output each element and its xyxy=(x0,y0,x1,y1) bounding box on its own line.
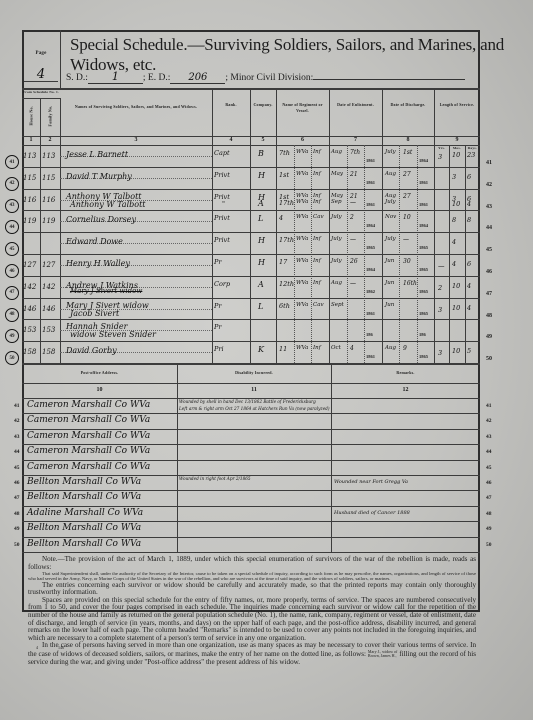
regiment-number: 4 xyxy=(279,214,283,222)
line-number-right: 42 xyxy=(486,182,492,188)
lower-column-header-12: Remarks. xyxy=(331,370,480,375)
note-paragraph-2: The entries concerning each survivor or … xyxy=(28,582,476,597)
discharge-day: 27 xyxy=(403,171,411,178)
post-office-address: Bellton Marshall Co WVa xyxy=(27,477,141,487)
discharge-year: 1861 xyxy=(419,202,428,207)
lower-row-rule xyxy=(22,521,480,522)
discharge-day: 9 xyxy=(403,345,407,352)
line-number-right: 41 xyxy=(486,403,492,409)
column-header-5: Company. xyxy=(252,102,274,108)
house-number: 119 xyxy=(23,217,36,225)
soldier-name: Edward Dowe xyxy=(66,237,123,246)
regiment-state: WVa xyxy=(296,345,308,351)
column-header-8: Date of Discharge. xyxy=(384,102,432,108)
post-office-address: Cameron Marshall Co WVa xyxy=(27,446,150,456)
post-office-address: Bellton Marshall Co WVa xyxy=(27,523,141,533)
service-months: 8 xyxy=(452,216,456,224)
from-schedule-label: From Schedule No. 1. xyxy=(22,90,60,94)
lower-row-rule xyxy=(22,413,480,414)
column-header-7: Date of Enlistment. xyxy=(331,102,380,108)
lower-row-rule xyxy=(22,475,480,476)
rank: Pr xyxy=(214,302,221,310)
lower-row-rule xyxy=(22,490,480,491)
enlistment-month: Sept xyxy=(331,302,344,308)
enlistment-month: Aug xyxy=(331,280,342,286)
discharge-year: 1865 xyxy=(419,354,428,359)
soldier-name: Cornelius Dorsey xyxy=(66,215,136,224)
enlistment-year: 1861 xyxy=(366,158,375,163)
header-rule xyxy=(22,88,480,90)
column-number-8: 8 xyxy=(382,137,434,143)
lower-row-rule xyxy=(22,444,480,445)
line-number-right: 46 xyxy=(486,480,492,486)
family-number: 116 xyxy=(42,196,55,204)
lower-row-rule xyxy=(22,460,480,461)
regiment-state: WVa xyxy=(296,214,308,220)
column-number-5: 5 xyxy=(250,137,276,143)
column-number-7: 7 xyxy=(329,137,382,143)
discharge-year: 1865 xyxy=(419,245,428,250)
regiment-number: 17 xyxy=(279,258,287,266)
discharge-year: 1864 xyxy=(419,223,428,228)
enlistment-day-second: — xyxy=(350,199,356,206)
post-office-address: Cameron Marshall Co WVa xyxy=(27,462,150,472)
enlistment-day: 26 xyxy=(350,258,358,265)
enlistment-year: 1861 xyxy=(366,311,375,316)
line-number-left: 48 xyxy=(14,511,20,517)
margin-circle-45: 45 xyxy=(5,242,19,256)
regiment-number: 12th xyxy=(279,280,294,288)
family-number: 146 xyxy=(42,305,55,313)
lower-row-rule xyxy=(22,537,480,538)
enlistment-year: 186 xyxy=(366,332,373,337)
regiment-state: WVa xyxy=(296,302,308,308)
line-number-right: 50 xyxy=(486,542,492,548)
company: L xyxy=(258,214,263,223)
enlistment-month: May xyxy=(331,171,343,177)
regiment-type: Inf xyxy=(313,280,321,286)
lower-column-header-11: Disability Incurred. xyxy=(177,370,331,375)
number-row-rule xyxy=(22,145,480,146)
margin-circle-48: 48 xyxy=(5,308,19,322)
column-number-4: 4 xyxy=(212,137,250,143)
enlistment-year: 1861 xyxy=(366,354,375,359)
service-years: 3 xyxy=(438,349,442,357)
service-months: 10 xyxy=(452,304,460,312)
discharge-month: Nov xyxy=(385,214,396,220)
column-header-2: Family No. xyxy=(48,107,53,127)
remarks: Wounded near Fort Gregg Va xyxy=(334,479,408,485)
sd-label: S. D.: xyxy=(66,73,88,83)
rank: Privt xyxy=(214,214,230,222)
page-title: Special Schedule.—Surviving Soldiers, Sa… xyxy=(70,35,533,75)
line-number-right: 44 xyxy=(486,225,492,231)
enlistment-year: 1862 xyxy=(366,289,375,294)
soldier-name: David T Murphy xyxy=(66,172,132,181)
discharge-year: 1865 xyxy=(419,267,428,272)
post-office-address: Bellton Marshall Co WVa xyxy=(27,492,141,502)
service-days: 23 xyxy=(467,151,475,159)
rank: Corp xyxy=(214,280,230,288)
post-office-address: Cameron Marshall Co WVa xyxy=(27,400,150,410)
enlistment-day: 2 xyxy=(350,214,354,221)
lower-row-rule xyxy=(22,429,480,430)
regiment-number: 6th xyxy=(279,302,290,310)
line-number-right: 50 xyxy=(486,356,492,362)
rank: Pr xyxy=(214,323,221,331)
row-rule xyxy=(22,232,480,233)
lower-header-rule xyxy=(22,383,480,384)
margin-circle-42: 42 xyxy=(5,177,19,191)
row-rule xyxy=(22,254,480,255)
column-header-6: Name of Regiment or Vessel. xyxy=(278,102,327,114)
row-rule xyxy=(22,341,480,342)
enlistment-year: 1864 xyxy=(366,223,375,228)
rank: Pri xyxy=(214,345,224,353)
service-months: 3 xyxy=(452,173,456,181)
regiment-state: WVa xyxy=(296,258,308,264)
note-paragraph-3: Spaces are provided on this special sche… xyxy=(28,597,476,643)
service-months: 4 xyxy=(452,238,456,246)
enlistment-month: July xyxy=(331,236,342,242)
column-divider xyxy=(250,88,251,363)
regiment-type: Cav xyxy=(313,214,324,220)
company: K xyxy=(258,345,264,354)
note-paragraph-4: In the case of persons having served in … xyxy=(28,642,476,666)
line-number-left: 46 xyxy=(14,480,20,486)
enlistment-month: Oct xyxy=(331,345,341,351)
page-label: Page xyxy=(22,51,60,56)
enlistment-month: July xyxy=(331,214,342,220)
regiment-number-second: 17th xyxy=(279,199,294,207)
line-number-left: 50 xyxy=(14,542,20,548)
disability: Wounded by shell in hand Dec 13/1862 Bat… xyxy=(179,399,316,404)
sd-value: 1 xyxy=(88,70,143,84)
regiment-state: WVa xyxy=(296,149,308,155)
margin-circle-49: 49 xyxy=(5,329,19,343)
company: H xyxy=(258,258,265,267)
regiment-state-second: WVa xyxy=(296,199,308,205)
discharge-day: 27 xyxy=(403,193,411,200)
service-years: 3 xyxy=(438,153,442,161)
column-number-2: 2 xyxy=(40,137,60,143)
soldier-name: David Gorby xyxy=(66,346,117,355)
mcd-label: ; Minor Civil Division: xyxy=(225,73,313,83)
row-rule xyxy=(22,189,480,190)
service-months: 10 xyxy=(452,282,460,290)
enlistment-month: Aug xyxy=(331,149,342,155)
line-number-left: 47 xyxy=(14,495,20,501)
column-header-4: Rank. xyxy=(214,102,248,108)
line-number-right: 44 xyxy=(486,449,492,455)
house-number: 113 xyxy=(23,152,36,160)
discharge-day: 10 xyxy=(403,214,411,221)
page-number: 4 xyxy=(22,67,60,82)
soldier-name: Henry H Walley xyxy=(66,259,130,268)
discharge-day: 1st xyxy=(403,149,412,156)
line-number-right: 48 xyxy=(486,511,492,517)
column-divider xyxy=(212,88,213,363)
widow-example-line-2: Brown, James H., xyxy=(368,653,397,658)
house-number: 115 xyxy=(23,174,36,182)
footer-mark-right: 146 xyxy=(58,645,64,650)
column-header-1: House No. xyxy=(29,108,34,126)
column-header-9: Length of Service. xyxy=(436,102,478,108)
margin-circle-41: 41 xyxy=(5,155,19,169)
enlistment-day: — xyxy=(350,236,356,243)
line-number-left: 41 xyxy=(14,403,20,409)
row-rule xyxy=(22,298,480,299)
page-box-divider xyxy=(60,30,61,88)
service-days: 5 xyxy=(467,347,471,355)
company: L xyxy=(258,302,263,311)
lower-column-number-11: 11 xyxy=(177,387,331,393)
regiment-type: Cav xyxy=(313,302,324,308)
discharge-month: Aug xyxy=(385,345,396,351)
row-rule xyxy=(22,276,480,277)
regiment-state: WVa xyxy=(296,171,308,177)
lower-row-rule xyxy=(22,552,480,553)
service-days: 8 xyxy=(467,216,471,224)
regiment-type-second: Inf xyxy=(313,199,321,205)
family-number: 153 xyxy=(42,326,55,334)
census-page: Page 4 Special Schedule.—Surviving Soldi… xyxy=(0,0,533,720)
row-rule xyxy=(22,167,480,168)
family-number: 119 xyxy=(42,217,55,225)
line-number-left: 49 xyxy=(14,526,20,532)
soldier-name-second-line: Jacob Sivert xyxy=(70,309,119,318)
enlistment-day: — xyxy=(350,280,356,287)
lower-top-rule xyxy=(22,363,480,365)
discharge-month: July xyxy=(385,149,396,155)
margin-circle-47: 47 xyxy=(5,286,19,300)
line-number-right: 47 xyxy=(486,291,492,297)
regiment-number: 17th xyxy=(279,236,294,244)
margin-circle-50: 50 xyxy=(5,351,19,365)
discharge-month: Jun xyxy=(385,302,394,308)
column-divider xyxy=(382,88,383,363)
lower-row-rule xyxy=(22,506,480,507)
enlistment-year: 1864 xyxy=(366,267,375,272)
soldier-name: Jesse L Barnett xyxy=(66,150,128,159)
regiment-type: Inf xyxy=(313,171,321,177)
company: H xyxy=(258,236,265,245)
post-office-address: Cameron Marshall Co WVa xyxy=(27,431,150,441)
post-office-address: Bellton Marshall Co WVa xyxy=(27,539,141,549)
line-number-right: 47 xyxy=(486,495,492,501)
line-number-right: 43 xyxy=(486,434,492,440)
instructions-note: Note.—The provision of the act of March … xyxy=(28,556,476,667)
line-number-right: 49 xyxy=(486,526,492,532)
column-divider xyxy=(276,88,277,363)
margin-circle-46: 46 xyxy=(5,264,19,278)
line-number-right: 48 xyxy=(486,313,492,319)
footer-mark-left: 4 xyxy=(36,645,38,650)
column-number-1: 1 xyxy=(22,137,40,143)
post-office-address: Cameron Marshall Co WVa xyxy=(27,415,150,425)
enlistment-year: 1861 xyxy=(366,202,375,207)
line-number-left: 43 xyxy=(14,434,20,440)
service-months-second: 10 xyxy=(452,200,460,208)
column-header-3: Names of Surviving Soldiers, Sailors, an… xyxy=(62,104,210,110)
line-number-right: 41 xyxy=(486,160,492,166)
ed-label: ; E. D.: xyxy=(143,73,170,83)
discharge-year: 1865 xyxy=(419,311,428,316)
company: H xyxy=(258,171,265,180)
discharge-month: July xyxy=(385,236,396,242)
regiment-number: 11 xyxy=(279,345,287,353)
enlistment-year: 1861 xyxy=(366,180,375,185)
service-days-second: 4 xyxy=(467,200,471,208)
ed-value: 206 xyxy=(170,72,225,84)
note-paragraph-1: Note.—The provision of the act of March … xyxy=(28,556,476,571)
disability-second-line: Left arm & right arm Oct 27 1864 at Hatc… xyxy=(179,406,330,411)
service-days: 4 xyxy=(467,304,471,312)
line-number-left: 45 xyxy=(14,465,20,471)
soldier-name-second-line: Anthony W Talbott xyxy=(70,200,146,209)
margin-circle-43: 43 xyxy=(5,199,19,213)
rank: Capt xyxy=(214,149,230,157)
enlistment-day: 7th xyxy=(350,149,360,156)
lower-column-number-10: 10 xyxy=(22,387,177,393)
enlistment-year: 1865 xyxy=(366,245,375,250)
regiment-state: WVa xyxy=(296,280,308,286)
house-number: 127 xyxy=(23,261,36,269)
enlistment-day: 21 xyxy=(350,171,358,178)
row-rule xyxy=(22,319,480,320)
rank-second: " xyxy=(222,200,225,208)
service-days: 4 xyxy=(467,282,471,290)
discharge-month-second: July xyxy=(385,199,396,205)
discharge-year: 1865 xyxy=(419,289,428,294)
column-number-9: 9 xyxy=(434,137,480,143)
column-divider xyxy=(434,88,435,363)
remarks: Husband died of Cancer 1888 xyxy=(334,510,410,516)
line-number-right: 45 xyxy=(486,247,492,253)
regiment-number: 1st xyxy=(279,171,289,179)
margin-circle-44: 44 xyxy=(5,220,19,234)
line-number-right: 49 xyxy=(486,334,492,340)
family-number: 158 xyxy=(42,348,55,356)
lower-column-header-10: Post-office Address. xyxy=(22,370,177,375)
service-sub-label: Yrs. xyxy=(434,146,449,150)
discharge-day: 30 xyxy=(403,258,411,265)
regiment-type: Inf xyxy=(313,258,321,264)
discharge-day: 16th xyxy=(403,280,417,287)
service-days: 6 xyxy=(467,260,471,268)
soldier-name-second-line: widow Steven Snider xyxy=(70,330,156,339)
family-number: 115 xyxy=(42,174,55,182)
discharge-month: Jun xyxy=(385,280,394,286)
regiment-number: 7th xyxy=(279,149,290,157)
service-years: 2 xyxy=(438,284,442,292)
lower-column-number-12: 12 xyxy=(331,387,480,393)
row-rule xyxy=(22,210,480,211)
discharge-month: Aug xyxy=(385,171,396,177)
discharge-day: — xyxy=(403,236,409,243)
struck-name: Mary J Sivert widow xyxy=(70,287,142,295)
service-months: 10 xyxy=(452,151,460,159)
house-number: 153 xyxy=(23,326,36,334)
enlistment-month-second: Sep xyxy=(331,199,342,205)
regiment-type: Inf xyxy=(313,149,321,155)
service-years: — xyxy=(438,262,445,270)
discharge-year: 1861 xyxy=(419,180,428,185)
regiment-state: WVa xyxy=(296,236,308,242)
house-number: 142 xyxy=(23,283,36,291)
house-number: 158 xyxy=(23,348,36,356)
service-sub-label: Days. xyxy=(465,146,480,150)
column-number-6: 6 xyxy=(276,137,329,143)
widow-example: Mary J., widow ofBrown, James H., xyxy=(368,650,397,659)
family-number: 142 xyxy=(42,283,55,291)
disability: Wounded in right foot Apr 2/1865 xyxy=(179,476,251,481)
column-number-3: 3 xyxy=(60,137,212,143)
company-second: A xyxy=(258,199,264,208)
service-sub-label: Mos. xyxy=(449,146,464,150)
line-number-right: 42 xyxy=(486,418,492,424)
family-number: 127 xyxy=(42,261,55,269)
line-number-right: 43 xyxy=(486,204,492,210)
line-number-right: 46 xyxy=(486,269,492,275)
from-schedule-rule xyxy=(22,98,60,99)
house-number: 116 xyxy=(23,196,36,204)
house-number: 146 xyxy=(23,305,36,313)
company: B xyxy=(258,149,264,158)
mcd-value xyxy=(313,79,465,80)
rank: Privt xyxy=(214,236,230,244)
line-number-left: 42 xyxy=(14,418,20,424)
family-number: 113 xyxy=(42,152,55,160)
post-office-address: Adaline Marshall Co WVa xyxy=(27,508,143,518)
district-line: S. D.: 1 ; E. D.: 206 ; Minor Civil Divi… xyxy=(66,70,465,84)
enlistment-day: 4 xyxy=(350,345,354,352)
company: A xyxy=(258,280,264,289)
enlistment-month: July xyxy=(331,258,342,264)
service-days: 6 xyxy=(467,173,471,181)
service-months: 4 xyxy=(452,260,456,268)
service-years: 3 xyxy=(438,306,442,314)
line-number-right: 45 xyxy=(486,465,492,471)
discharge-month: Jun xyxy=(385,258,394,264)
rank: Privt xyxy=(214,171,230,179)
regiment-type: Inf xyxy=(313,236,321,242)
column-divider xyxy=(329,88,330,363)
regiment-type: Inf xyxy=(313,345,321,351)
discharge-year: 186 xyxy=(419,332,426,337)
discharge-year: 1864 xyxy=(419,158,428,163)
rank: Pr xyxy=(214,258,221,266)
line-number-left: 44 xyxy=(14,449,20,455)
service-months: 10 xyxy=(452,347,460,355)
